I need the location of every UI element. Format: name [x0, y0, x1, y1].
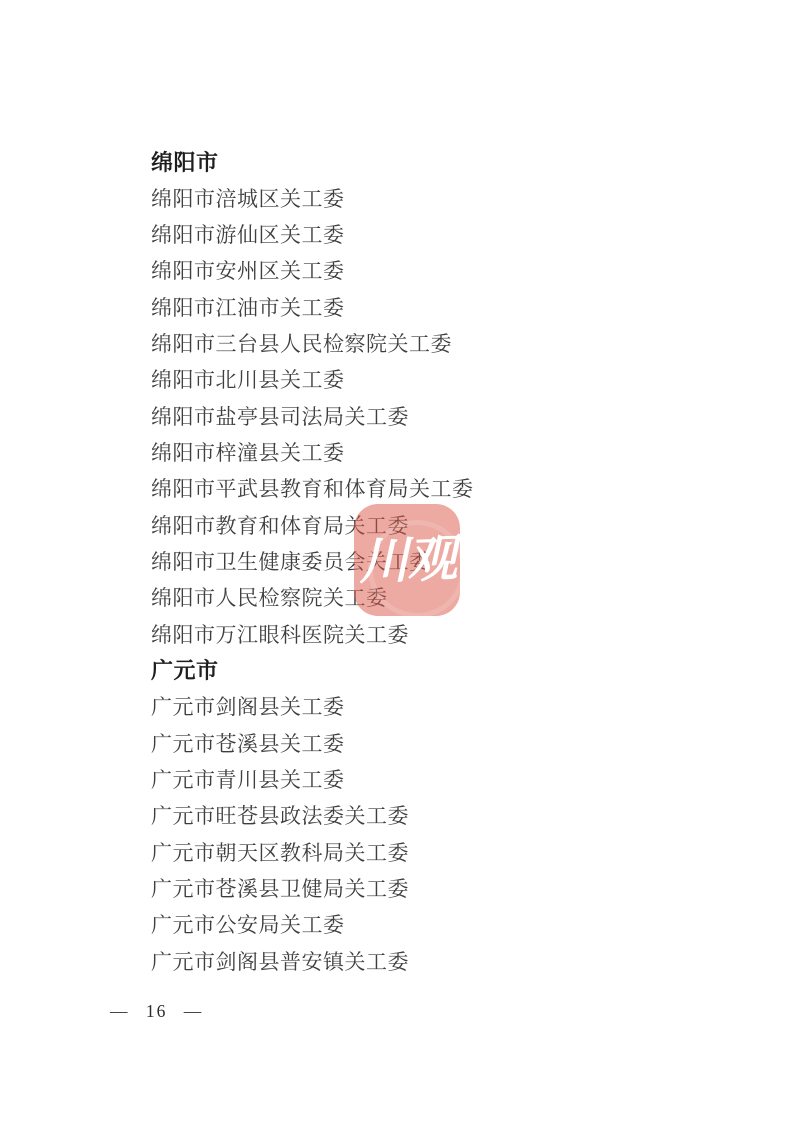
list-item: 广元市旺苍县政法委关工委	[151, 797, 474, 833]
list-item: 绵阳市卫生健康委员会关工委	[151, 543, 474, 579]
page-number: — 16 —	[110, 1001, 203, 1022]
list-item: 广元市苍溪县关工委	[151, 725, 474, 761]
section-heading: 绵阳市	[151, 143, 474, 179]
list-item: 绵阳市平武县教育和体育局关工委	[151, 470, 474, 506]
list-item: 广元市公安局关工委	[151, 906, 474, 942]
document-body: 绵阳市绵阳市涪城区关工委绵阳市游仙区关工委绵阳市安州区关工委绵阳市江油市关工委绵…	[151, 143, 474, 979]
list-item: 绵阳市盐亭县司法局关工委	[151, 397, 474, 433]
list-item: 广元市剑阁县普安镇关工委	[151, 943, 474, 979]
list-item: 广元市剑阁县关工委	[151, 688, 474, 724]
list-item: 绵阳市三台县人民检察院关工委	[151, 325, 474, 361]
list-item: 广元市朝天区教科局关工委	[151, 834, 474, 870]
list-item: 绵阳市人民检察院关工委	[151, 579, 474, 615]
list-item: 绵阳市万江眼科医院关工委	[151, 615, 474, 651]
list-item: 绵阳市游仙区关工委	[151, 216, 474, 252]
document-page: 绵阳市绵阳市涪城区关工委绵阳市游仙区关工委绵阳市安州区关工委绵阳市江油市关工委绵…	[0, 0, 793, 1122]
list-item: 绵阳市涪城区关工委	[151, 179, 474, 215]
list-item: 绵阳市江油市关工委	[151, 288, 474, 324]
list-item: 绵阳市教育和体育局关工委	[151, 506, 474, 542]
list-item: 广元市苍溪县卫健局关工委	[151, 870, 474, 906]
list-item: 绵阳市安州区关工委	[151, 252, 474, 288]
list-item: 绵阳市北川县关工委	[151, 361, 474, 397]
list-item: 广元市青川县关工委	[151, 761, 474, 797]
list-item: 绵阳市梓潼县关工委	[151, 434, 474, 470]
section-heading: 广元市	[151, 652, 474, 688]
